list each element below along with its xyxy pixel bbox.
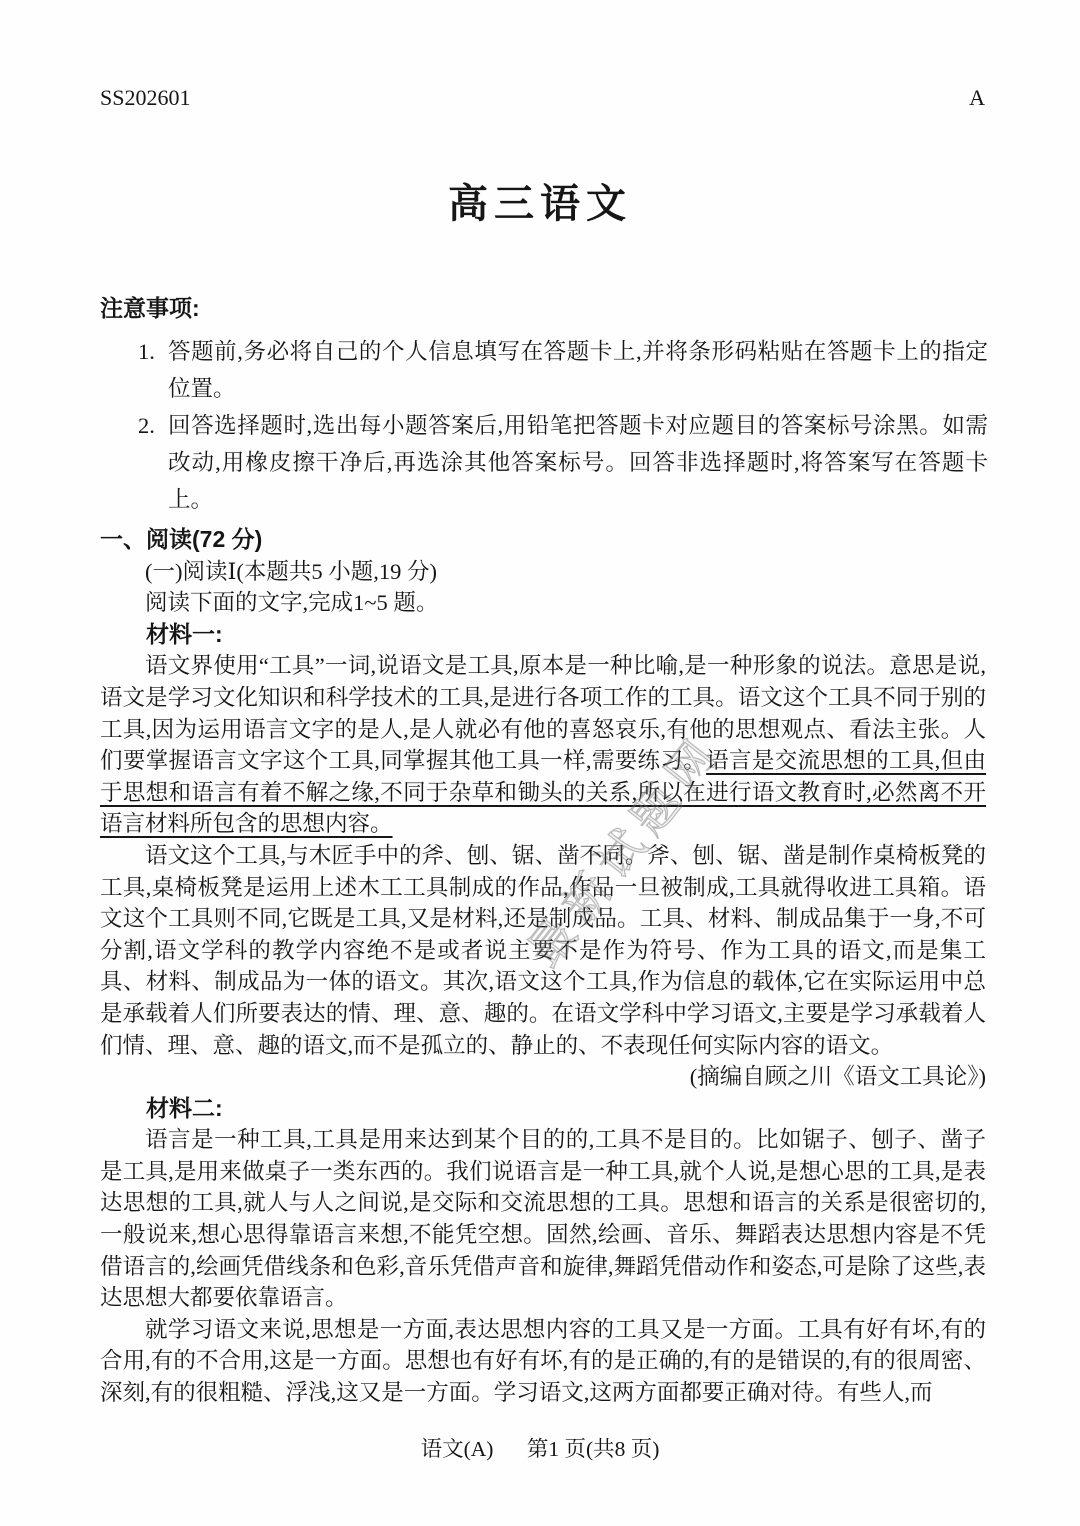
notice-heading: 注意事项: xyxy=(100,290,988,327)
paper-version: A xyxy=(969,85,985,111)
reading-instruction: 阅读下面的文字,完成1~5 题。 xyxy=(100,587,986,619)
material-one-paragraph-1: 语文界使用“工具”一词,说语文是工具,原本是一种比喻,是一种形象的说法。意思是说… xyxy=(100,650,986,840)
page-title: 高三语文 xyxy=(0,172,1080,229)
notice-item-number: 1. xyxy=(138,333,168,370)
material-two-label: 材料二: xyxy=(100,1093,986,1125)
material-one-attribution: (摘编自顾之川《语文工具论》) xyxy=(100,1061,986,1093)
subsection-heading: (一)阅读Ⅰ(本题共5 小题,19 分) xyxy=(100,556,986,588)
footer-page-number: 第1 页(共8 页) xyxy=(527,1437,660,1461)
notice-block: 注意事项: 1. 答题前,务必将自己的个人信息填写在答题卡上,并将条形码粘贴在答… xyxy=(100,290,988,518)
material-two-paragraph-2: 就学习语文来说,思想是一方面,表达思想内容的工具又是一方面。工具有好有坏,有的合… xyxy=(100,1314,986,1409)
footer-subject: 语文(A) xyxy=(421,1437,494,1461)
section-heading: 一、阅读(72 分) xyxy=(100,524,986,556)
notice-item-text: 回答选择题时,选出每小题答案后,用铅笔把答题卡对应题目的答案标号涂黑。如需改动,… xyxy=(168,407,988,518)
exam-paper-page: SS202601 A 高三语文 注意事项: 1. 答题前,务必将自己的个人信息填… xyxy=(0,0,1080,1526)
notice-item: 1. 答题前,务必将自己的个人信息填写在答题卡上,并将条形码粘贴在答题卡上的指定… xyxy=(138,333,988,407)
material-two-paragraph-1: 语言是一种工具,工具是用来达到某个目的的,工具不是目的。比如锯子、刨子、凿子是工… xyxy=(100,1124,986,1314)
page-header: SS202601 A xyxy=(100,85,985,111)
page-footer: 语文(A) 第1 页(共8 页) xyxy=(0,1432,1080,1463)
notice-item: 2. 回答选择题时,选出每小题答案后,用铅笔把答题卡对应题目的答案标号涂黑。如需… xyxy=(138,407,988,518)
reading-section: 一、阅读(72 分) (一)阅读Ⅰ(本题共5 小题,19 分) 阅读下面的文字,… xyxy=(100,524,986,1409)
material-one-label: 材料一: xyxy=(100,619,986,651)
exam-code: SS202601 xyxy=(100,85,190,111)
notice-item-number: 2. xyxy=(138,407,168,444)
notice-item-text: 答题前,务必将自己的个人信息填写在答题卡上,并将条形码粘贴在答题卡上的指定位置。 xyxy=(168,333,988,407)
material-one-paragraph-2: 语文这个工具,与木匠手中的斧、刨、锯、凿不同。斧、刨、锯、凿是制作桌椅板凳的工具… xyxy=(100,840,986,1061)
